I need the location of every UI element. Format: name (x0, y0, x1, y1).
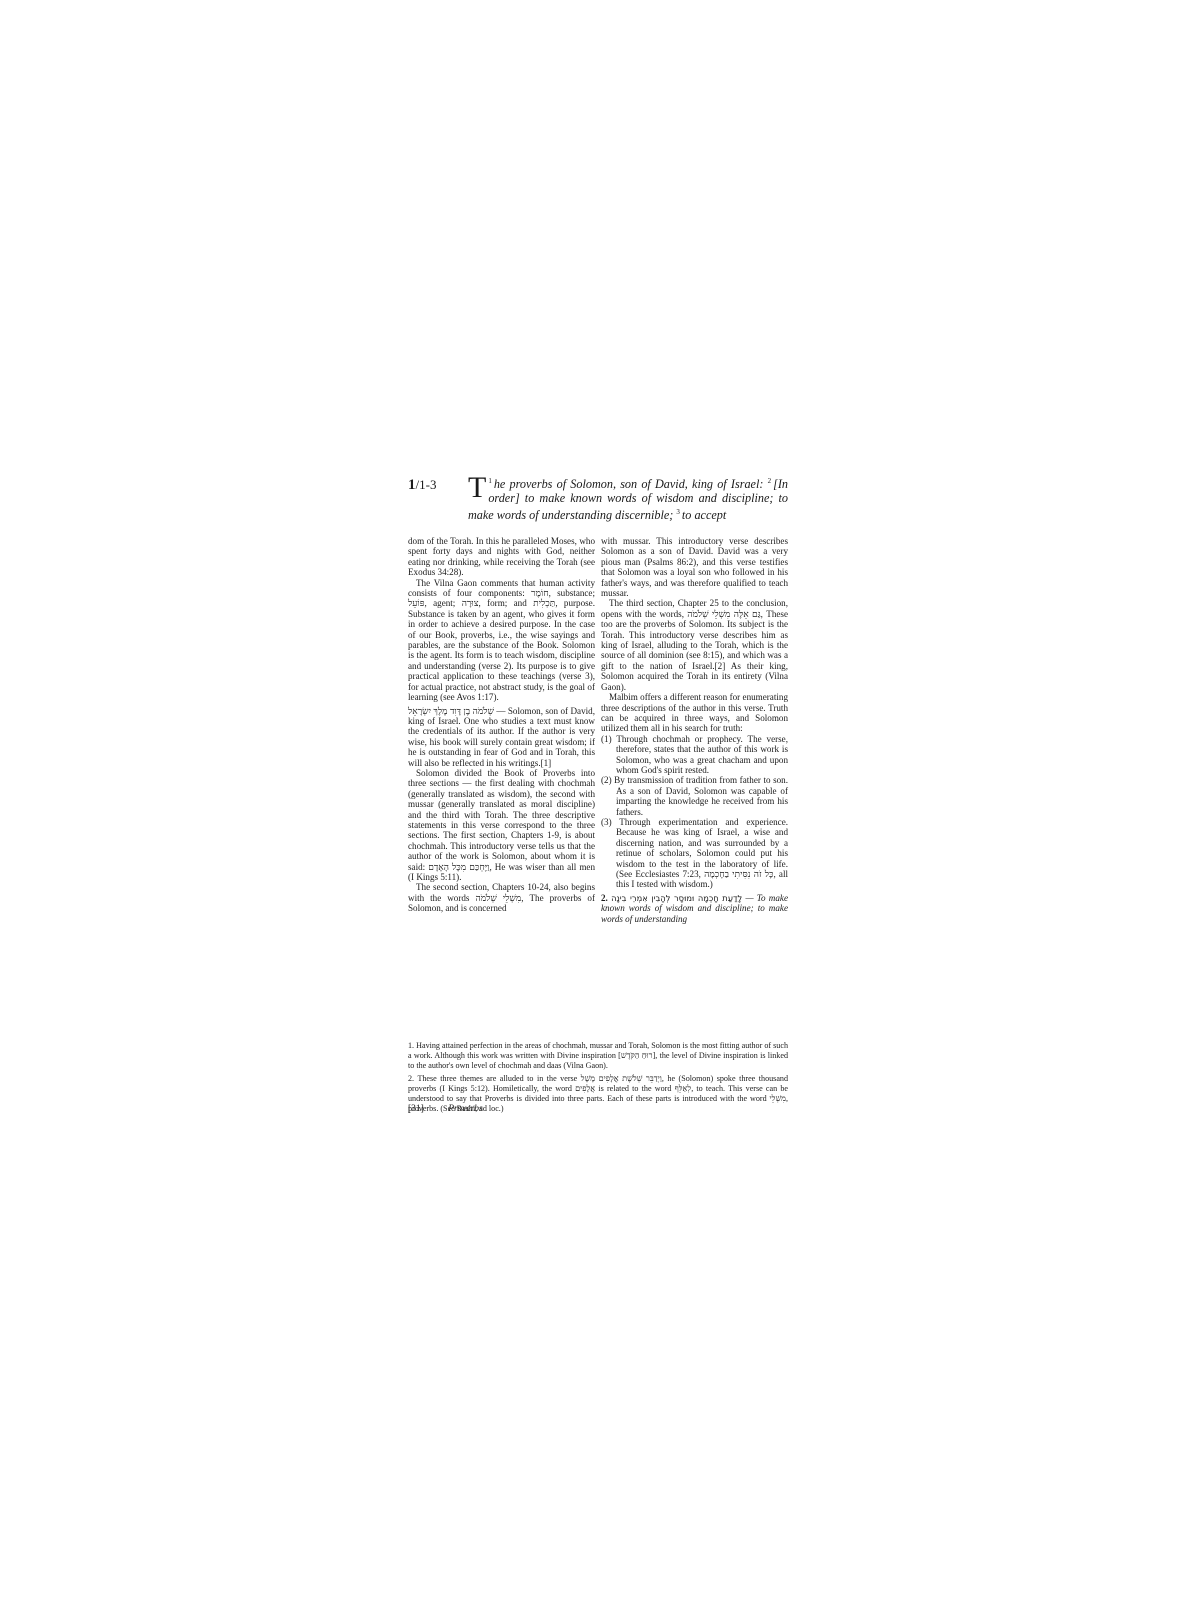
commentary-columns: dom of the Torah. In this he paralleled … (408, 536, 788, 924)
left-column: dom of the Torah. In this he paralleled … (408, 536, 595, 924)
commentary-paragraph: with mussar. This introductory verse des… (601, 536, 788, 598)
commentary-paragraph: The third section, Chapter 25 to the con… (601, 598, 788, 692)
verse-range: /1-3 (416, 477, 437, 492)
right-column: with mussar. This introductory verse des… (601, 536, 788, 924)
commentary-paragraph: שְׁלֹמֹה בֶן דָּוִד מֶלֶךְ יִשְׂרָאֵל — … (408, 706, 595, 768)
hebrew-text: לָדַעַת חָכְמָה וּמוּסָר לְהָבִין אִמְרֵ… (611, 893, 742, 903)
commentary-paragraph: Solomon divided the Book of Proverbs int… (408, 768, 595, 882)
commentary-paragraph: Malbim offers a different reason for enu… (601, 692, 788, 734)
book-title: Proverbs (448, 1104, 482, 1114)
page-header: 1/1-3 1The proverbs of Solomon, son of D… (408, 474, 788, 532)
page-number: [31] (408, 1104, 424, 1114)
list-item: (3) Through experimentation and experien… (601, 817, 788, 890)
verse-1-text: he proverbs of Solomon, son of David, ki… (494, 477, 764, 491)
book-page: 1/1-3 1The proverbs of Solomon, son of D… (408, 474, 788, 532)
verse-number: 1 (488, 477, 492, 485)
truth-list: (1) Through chochmah or prophecy. The ve… (601, 734, 788, 890)
verse-2-commentary: 2. לָדַעַת חָכְמָה וּמוּסָר לְהָבִין אִמ… (601, 893, 788, 924)
chapter-number: 1 (408, 477, 416, 493)
list-item: (1) Through chochmah or prophecy. The ve… (601, 734, 788, 776)
drop-cap: T (468, 476, 486, 500)
verse-number: 2. (601, 893, 608, 903)
commentary-paragraph: dom of the Torah. In this he paralleled … (408, 536, 595, 578)
list-item: (2) By transmission of tradition from fa… (601, 775, 788, 817)
verse-number: 2 (768, 477, 772, 485)
page-footer: [31] Proverbs (408, 1104, 483, 1114)
commentary-paragraph: The second section, Chapters 10-24, also… (408, 882, 595, 913)
commentary-paragraph: The Vilna Gaon comments that human activ… (408, 578, 595, 703)
chapter-verse-ref: 1/1-3 (408, 477, 436, 494)
footnote: 1. Having attained perfection in the are… (408, 1041, 788, 1071)
verse-translation: 1The proverbs of Solomon, son of David, … (468, 474, 788, 522)
verse-3-text: to accept (682, 508, 726, 522)
verse-number: 3 (676, 508, 680, 516)
